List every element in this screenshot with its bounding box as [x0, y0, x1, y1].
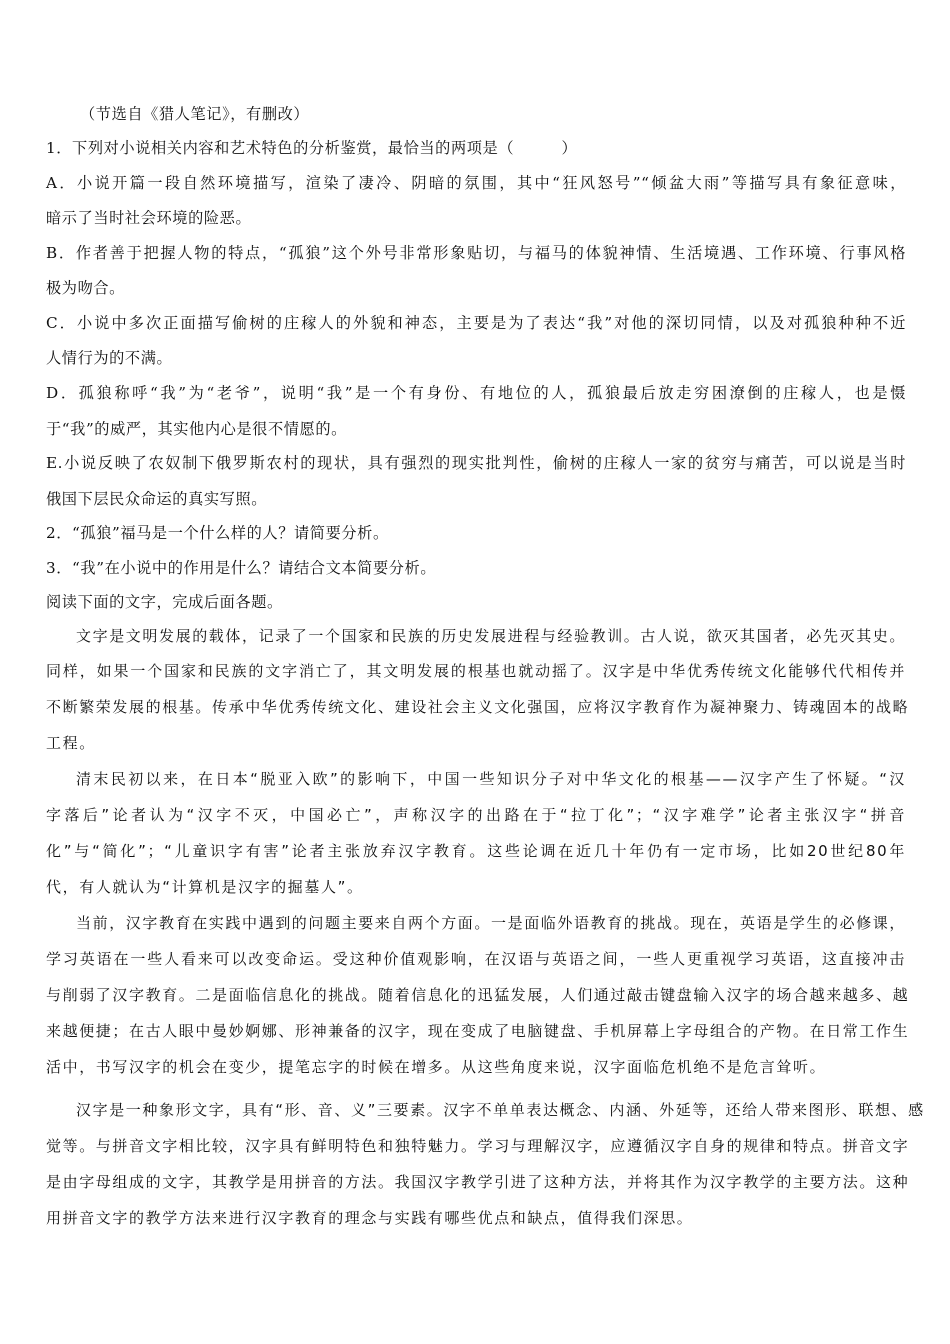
option-d-line-2: 于“我”的威严，其实他内心是很不情愿的。	[46, 419, 347, 439]
passage-p1-line-3: 不断繁荣发展的根基。传承中华优秀传统文化、建设社会主义文化强国，应将汉字教育作为…	[46, 697, 906, 717]
question-2: 2．“孤狼”福马是一个什么样的人？请简要分析。	[46, 523, 389, 543]
passage-p4-line-2: 觉等。与拼音文字相比较，汉字具有鲜明特色和独特魅力。学习与理解汉字，应遵循汉字自…	[46, 1136, 906, 1156]
option-b-line-2: 极为吻合。	[46, 278, 125, 298]
passage-p3-line-3: 与削弱了汉字教育。二是面临信息化的挑战。随着信息化的迅猛发展，人们通过敲击键盘输…	[46, 985, 906, 1005]
passage-p1-line-4: 工程。	[46, 733, 96, 753]
passage-p3-line-5: 活中，书写汉字的机会在变少，提笔忘字的时候在增多。从这些角度来说，汉字面临危机绝…	[46, 1057, 826, 1077]
passage-p2-line-3: 化”与“简化”；“儿童识字有害”论者主张放弃汉字教育。这些论调在近几十年仍有一定…	[46, 841, 906, 861]
option-d-line-1: D．孤狼称呼“我”为“老爷”，说明“我”是一个有身份、有地位的人，孤狼最后放走穷…	[46, 383, 906, 403]
option-a-line-2: 暗示了当时社会环境的险恶。	[46, 208, 251, 228]
option-c-line-1: C．小说中多次正面描写偷树的庄稼人的外貌和神态，主要是为了表达“我”对他的深切同…	[46, 313, 906, 333]
passage-p4-line-4: 用拼音文字的教学方法来进行汉字教育的理念与实践有哪些优点和缺点，值得我们深思。	[46, 1208, 693, 1228]
passage-p3-line-1: 当前，汉字教育在实践中遇到的问题主要来自两个方面。一是面临外语教育的挑战。现在，…	[76, 913, 906, 933]
question-1-stem: 1．下列对小说相关内容和艺术特色的分析鉴赏，最恰当的两项是（ ）	[46, 138, 577, 158]
passage-p2-line-1: 清末民初以来，在日本“脱亚入欧”的影响下，中国一些知识分子对中华文化的根基——汉…	[76, 769, 906, 789]
reading-instruction: 阅读下面的文字，完成后面各题。	[46, 592, 283, 612]
passage-p2-line-4: 代，有人就认为“计算机是汉字的掘墓人”。	[46, 877, 364, 897]
passage-p1-line-1: 文字是文明发展的载体，记录了一个国家和民族的历史发展进程与经验教训。古人说，欲灭…	[76, 626, 906, 646]
passage-p2-line-2: 字落后”论者认为“汉字不灭，中国必亡”，声称汉字的出路在于“拉丁化”；“汉字难学…	[46, 805, 906, 825]
passage-p4-line-1: 汉字是一种象形文字，具有“形、音、义”三要素。汉字不单单表达概念、内涵、外延等，…	[76, 1100, 906, 1120]
option-b-line-1: B．作者善于把握人物的特点，“孤狼”这个外号非常形象贴切，与福马的体貌神情、生活…	[46, 243, 906, 263]
passage-p3-line-2: 学习英语在一些人看来可以改变命运。受这种价值观影响，在汉语与英语之间，一些人更重…	[46, 949, 906, 969]
question-3: 3．“我”在小说中的作用是什么？请结合文本简要分析。	[46, 558, 436, 578]
passage-p4-line-3: 是由字母组成的文字，其教学是用拼音的方法。我国汉字教学引进了这种方法，并将其作为…	[46, 1172, 906, 1192]
source-note: （节选自《猎人笔记》，有删改）	[80, 104, 309, 124]
option-a-line-1: A．小说开篇一段自然环境描写，渲染了凄冷、阴暗的氛围，其中“狂风怒号”“倾盆大雨…	[46, 173, 906, 193]
passage-p3-line-4: 来越便捷；在古人眼中曼妙婀娜、形神兼备的汉字，现在变成了电脑键盘、手机屏幕上字母…	[46, 1021, 906, 1041]
passage-p1-line-2: 同样，如果一个国家和民族的文字消亡了，其文明发展的根基也就动摇了。汉字是中华优秀…	[46, 661, 906, 681]
option-e-line-2: 俄国下层民众命运的真实写照。	[46, 489, 267, 509]
option-c-line-2: 人情行为的不满。	[46, 348, 172, 368]
option-e-line-1: E.小说反映了农奴制下俄罗斯农村的现状，具有强烈的现实批判性，偷树的庄稼人一家的…	[46, 453, 906, 473]
